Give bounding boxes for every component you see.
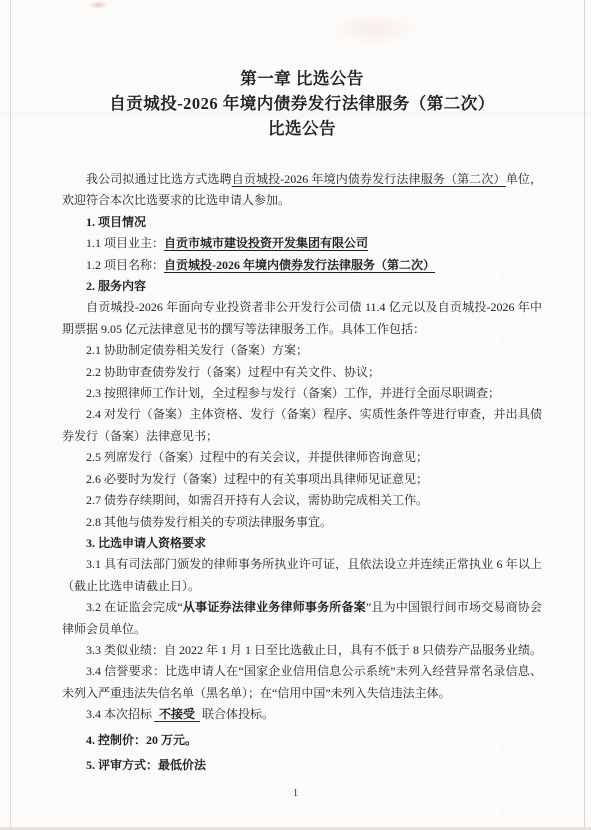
qualification-item-3-1: 3.1 具有司法部门颁发的律师事务所执业许可证，且依法设立并连续正常执业 6 年… (62, 554, 542, 597)
service-item-2-6: 2.6 必要时为发行（备案）过程中的有关事项出具律师见证意见； (62, 469, 542, 490)
title-block: 第一章 比选公告 自贡城投-2026 年境内债券发行法律服务（第二次） 比选公告 (62, 66, 542, 141)
service-item-2-2: 2.2 协助审查债券发行（备案）过程中有关文件、协议； (62, 362, 542, 383)
item-3-2-pre: 3.2 在证监会完成“ (86, 600, 183, 614)
item-1-1: 1.1 项目业主：自贡市城市建设投资开发集团有限公司 (62, 233, 542, 254)
intro-paragraph: 我公司拟通过比选方式选聘自贡城投-2026 年境内债券发行法律服务（第二次）单位… (62, 169, 542, 212)
document-content: 第一章 比选公告 自贡城投-2026 年境内债券发行法律服务（第二次） 比选公告… (62, 0, 542, 776)
no-consortium-pre: 3.4 本次招标 (86, 707, 152, 721)
project-title-line: 自贡城投-2026 年境内债券发行法律服务（第二次） (62, 91, 542, 116)
paper-left-edge (10, 0, 11, 830)
not-accepted-emphasis: 不接受 (154, 707, 200, 722)
intro-pre-text: 我公司拟通过比选方式选聘 (86, 172, 232, 186)
chapter-title: 第一章 比选公告 (62, 66, 542, 91)
item-1-1-label: 1.1 项目业主： (86, 236, 164, 250)
no-consortium-post: 联合体投标。 (202, 707, 274, 721)
item-3-2-bold-filing: 从事证券法律业务律师事务所备案 (183, 600, 366, 614)
item-1-2-value: 自贡城投-2026 年境内债券发行法律服务（第二次） (164, 258, 435, 272)
intro-underlined-project-name: 自贡城投-2026 年境内债券发行法律服务（第二次） (232, 172, 506, 186)
service-item-2-3: 2.3 按照律师工作计划，全过程参与发行（备案）工作，并进行全面尽职调查； (62, 383, 542, 404)
announcement-title: 比选公告 (62, 116, 542, 141)
document-page: 第一章 比选公告 自贡城投-2026 年境内债券发行法律服务（第二次） 比选公告… (0, 0, 591, 830)
service-item-2-5: 2.5 列席发行（备案）过程中的有关会议，并提供律师咨询意见； (62, 447, 542, 468)
qualification-item-3-3: 3.3 类似业绩：自 2022 年 1 月 1 日至比选截止日，具有不低于 8 … (62, 640, 542, 661)
qualification-item-3-2: 3.2 在证监会完成“从事证券法律业务律师事务所备案”且为中国银行间市场交易商协… (62, 597, 542, 640)
service-item-2-4: 2.4 对发行（备案）主体资格、发行（备案）程序、实质性条件等进行审查，并出具债… (62, 404, 542, 447)
item-1-2-label: 1.2 项目名称： (86, 258, 164, 272)
service-item-2-7: 2.7 债券存续期间，如需召开持有人会议，需协助完成相关工作。 (62, 490, 542, 511)
body-block: 我公司拟通过比选方式选聘自贡城投-2026 年境内债券发行法律服务（第二次）单位… (62, 169, 542, 776)
service-item-2-8: 2.8 其他与债券发行相关的专项法律服务事宜。 (62, 512, 542, 533)
section-2-intro: 自贡城投-2026 年面向专业投资者非公开发行公司债 11.4 亿元以及自贡城投… (62, 297, 542, 340)
section-5-evaluation-method: 5. 评审方式：最低价法 (62, 755, 542, 776)
item-1-2: 1.2 项目名称：自贡城投-2026 年境内债券发行法律服务（第二次） (62, 255, 542, 276)
section-2-heading: 2. 服务内容 (62, 276, 542, 297)
service-item-2-1: 2.1 协助制定债券相关发行（备案）方案； (62, 340, 542, 361)
item-1-1-value: 自贡市城市建设投资开发集团有限公司 (164, 236, 368, 250)
no-consortium-item: 3.4 本次招标不接受联合体投标。 (62, 704, 542, 725)
qualification-item-3-4: 3.4 信誉要求：比选申请人在“国家企业信用信息公示系统”未列入经营异常名录信息… (62, 661, 542, 704)
section-1-heading: 1. 项目情况 (62, 212, 542, 233)
section-3-heading: 3. 比选申请人资格要求 (62, 533, 542, 554)
page-number: 1 (0, 788, 591, 799)
paper-right-edge (584, 0, 585, 830)
section-4-control-price: 4. 控制价：20 万元。 (62, 730, 542, 751)
